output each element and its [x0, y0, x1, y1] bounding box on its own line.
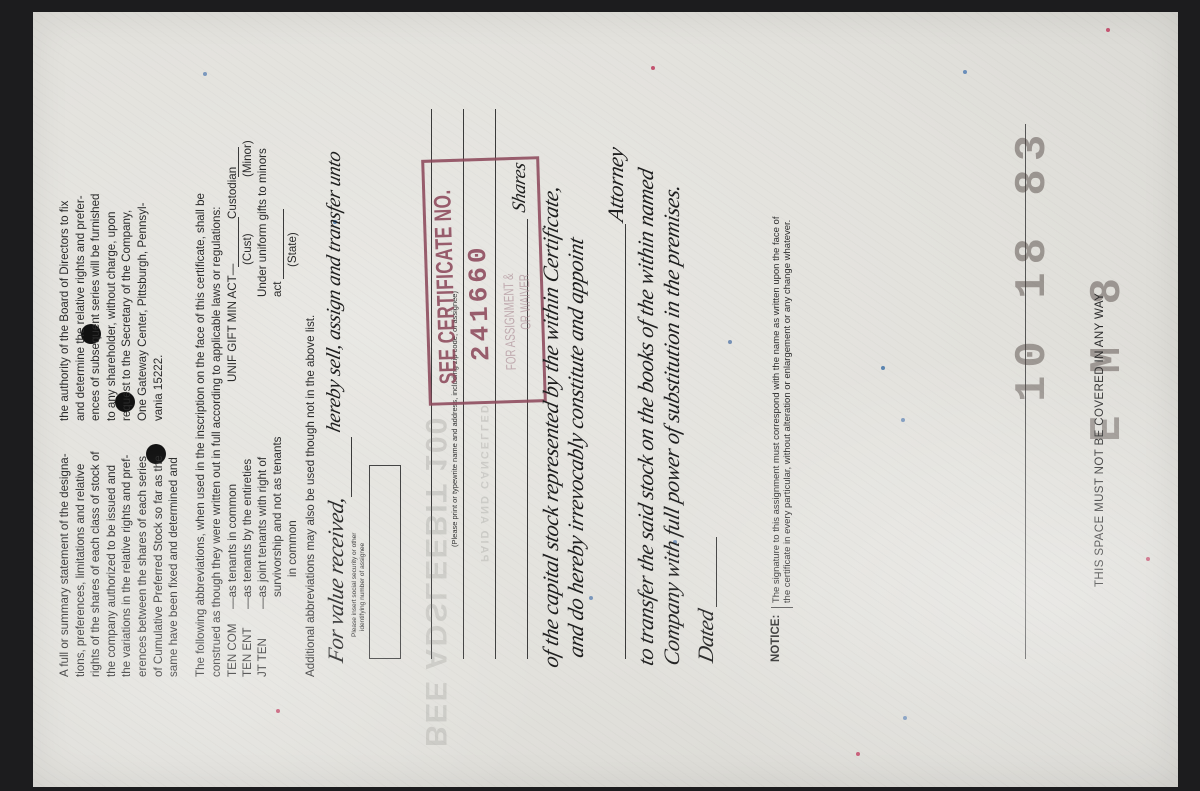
date-line[interactable] [716, 537, 717, 607]
summary-statement-right: the authority of the Board of Directors … [57, 159, 166, 421]
abbrev-additional-note: Additional abbreviations may also be use… [303, 315, 319, 677]
certificate-stamp: SEE CERTIFICATE NO. 241660 FOR ASSIGNMEN… [421, 156, 547, 406]
attorney-label: Attorney [603, 145, 629, 224]
abbrev-jt-ten-text: in common [285, 520, 301, 577]
bleed-through-text: BEE ADSLEEBIT 100 [418, 416, 452, 747]
summary-line: tions, preferences, limitations and rela… [73, 427, 89, 677]
abbrev-ten-ent-text: —as tenants by the entireties [240, 459, 256, 609]
summary-line: vania 15222. [151, 159, 167, 421]
ssn-label-line: Please insert social security or other [351, 533, 359, 637]
abbrev-ten-ent: TEN ENT [240, 627, 256, 677]
abbrev-ten-com: TEN COM [225, 607, 241, 677]
abbrev-jt-ten-text: —as joint tenants with right of [255, 457, 271, 609]
abbrev-custodian: Custodian [225, 167, 241, 265]
capital-stock-text: of the capital stock represented by the … [538, 183, 564, 670]
attorney-line[interactable] [625, 224, 626, 659]
summary-line: the variations in the relative rights an… [119, 427, 135, 677]
notice-line: the certificate in every particular, wit… [782, 217, 793, 604]
summary-line: to any shareholder, without charge, upon [104, 159, 120, 421]
ssn-label: Please insert social security or other i… [351, 533, 367, 637]
for-value-received: For value received, [323, 494, 349, 665]
hereby-assign-text: hereby sell, assign and transfer unto [323, 149, 346, 434]
abbrev-jt-ten-text: survivorship and not as tenants [270, 437, 286, 597]
perforated-date: 10 18 83 [1008, 127, 1058, 402]
abbrev-minor: (Minor) [240, 140, 256, 177]
irrevocably-text: and do hereby irrevocably constitute and… [563, 235, 589, 660]
stamp-line: OR WAIVER [516, 274, 534, 330]
summary-line: same have been fixed and determined and [166, 427, 182, 677]
ssn-input-box[interactable] [369, 465, 401, 659]
abbrev-ten-com-text: —as tenants in common [225, 484, 241, 609]
notice-block: NOTICE: The signature to this assignment… [771, 217, 793, 662]
abbrev-act: act [270, 282, 286, 297]
summary-line: and determine the relative rights and pr… [73, 159, 89, 421]
notice-line: The signature to this assignment must co… [771, 217, 782, 604]
stamp-certificate-number: 241660 [463, 243, 497, 362]
rotated-page: A full or summary statement of the desig… [33, 12, 1178, 787]
summary-line: the authority of the Board of Directors … [57, 159, 73, 421]
summary-line: erences between the shares of each serie… [135, 427, 151, 677]
signature-warning: THIS SPACE MUST NOT BE COVERED IN ANY WA… [1093, 293, 1109, 587]
summary-line: rights of the shares of each class of st… [88, 427, 104, 677]
ssn-label-line: identifying number of assignee [359, 533, 367, 637]
abbrev-jt-ten: JT TEN [255, 638, 271, 677]
summary-line: request to the Secretary of the Company, [119, 159, 135, 421]
abbrev-state: (State) [285, 232, 301, 267]
summary-line: ences of subsequent series will be furni… [88, 159, 104, 421]
summary-statement-left: A full or summary statement of the desig… [57, 427, 182, 677]
full-power-text: Company with full power of substitution … [659, 182, 685, 668]
notice-label: NOTICE: [770, 615, 782, 662]
abbreviations-intro: The following abbreviations, when used i… [193, 157, 224, 677]
abbrev-unif-gift: UNIF GIFT MIN ACT— [225, 264, 241, 382]
abbrev-intro-line: construed as though they were written ou… [209, 157, 225, 677]
summary-line: the company authorized to be issued and [104, 427, 120, 677]
summary-line: of Cumulative Preferred Stock so far as … [151, 427, 167, 677]
summary-line: A full or summary statement of the desig… [57, 427, 73, 677]
dated-label: Dated [693, 607, 719, 665]
abbrev-intro-line: The following abbreviations, when used i… [193, 157, 209, 677]
abbrev-cust: (Cust) [240, 233, 256, 265]
stamp-title: SEE CERTIFICATE NO. [429, 189, 463, 384]
bleed-through-text: PAID AND CANCELLED [478, 403, 490, 562]
certificate-paper: A full or summary statement of the desig… [33, 12, 1178, 787]
abbrev-under-uniform: Under uniform gifts to minors [255, 148, 271, 297]
transfer-text: to transfer the said stock on the books … [633, 166, 659, 668]
abbreviations-table: TEN COM —as tenants in common TEN ENT —a… [225, 157, 305, 677]
summary-line: One Gateway Center, Pittsburgh, Pennsyl- [135, 159, 151, 421]
